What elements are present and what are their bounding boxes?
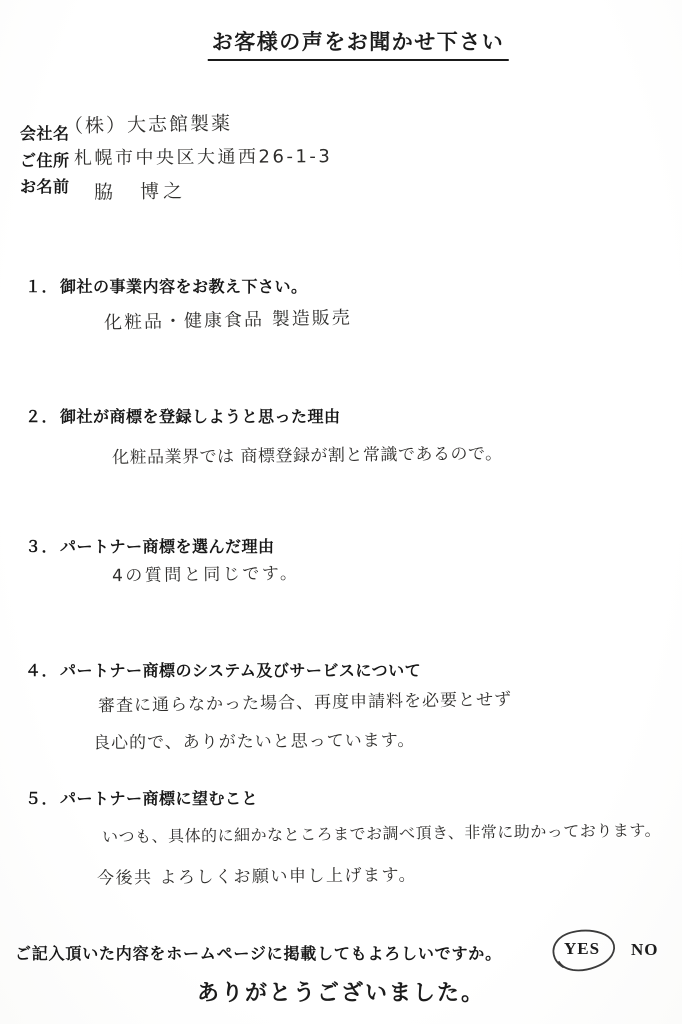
scanned-feedback-form: お客様の声をお聞かせ下さい 会社名 （株）大志館製薬 ご住所 札幌市中央区大通西… — [0, 0, 682, 1024]
company-name-label: 会社名 — [20, 121, 70, 144]
question-2: ２．御社が商標を登録しようと思った理由 — [25, 404, 341, 427]
question-1-number: １． — [25, 279, 58, 296]
answer-5-line-2: 今後共 よろしくお願い申し上げます。 — [97, 860, 417, 888]
answer-2: 化粧品業界では 商標登録が割と常識であるので。 — [112, 439, 503, 468]
question-2-text: 御社が商標を登録しようと思った理由 — [60, 409, 341, 426]
question-5: ５．パートナー商標に望むこと — [25, 786, 258, 809]
no-option[interactable]: NO — [631, 940, 659, 960]
question-5-text: パートナー商標に望むこと — [60, 791, 258, 808]
consent-question: ご記入頂いた内容をホームページに掲載してもよろしいですか。 — [15, 941, 502, 964]
answer-3: 4の質問と同じです。 — [112, 559, 300, 587]
name-value: 脇 博之 — [94, 176, 186, 204]
question-3-text: パートナー商標を選んだ理由 — [60, 539, 275, 556]
answer-4-line-2: 良心的で、ありがたいと思っています。 — [93, 726, 416, 754]
thanks-message: ありがとうございました。 — [197, 976, 485, 1007]
question-1-text: 御社の事業内容をお教え下さい。 — [60, 279, 308, 296]
name-label: お名前 — [20, 174, 70, 197]
address-label: ご住所 — [20, 148, 70, 171]
company-name-value: （株）大志館製薬 — [64, 109, 232, 139]
question-1: １．御社の事業内容をお教え下さい。 — [25, 274, 308, 297]
answer-1: 化粧品・健康食品 製造販売 — [104, 303, 352, 334]
yes-option[interactable]: YES — [564, 939, 600, 959]
question-3: ３．パートナー商標を選んだ理由 — [25, 534, 275, 557]
question-3-number: ３． — [25, 539, 58, 556]
question-4-number: ４． — [25, 663, 58, 680]
question-2-number: ２． — [25, 409, 58, 426]
question-4-text: パートナー商標のシステム及びサービスについて — [60, 663, 421, 680]
address-value: 札幌市中央区大通西26-1-3 — [74, 142, 332, 170]
answer-5-line-1: いつも、具体的に細かなところまでお調べ頂き、非常に助かっております。 — [102, 818, 661, 848]
question-4: ４．パートナー商標のシステム及びサービスについて — [25, 658, 421, 681]
page-title: お客様の声をお聞かせ下さい — [208, 26, 509, 61]
question-5-number: ５． — [25, 791, 58, 808]
answer-4-line-1: 審査に通らなかった場合、再度申請料を必要とせず — [98, 685, 512, 716]
